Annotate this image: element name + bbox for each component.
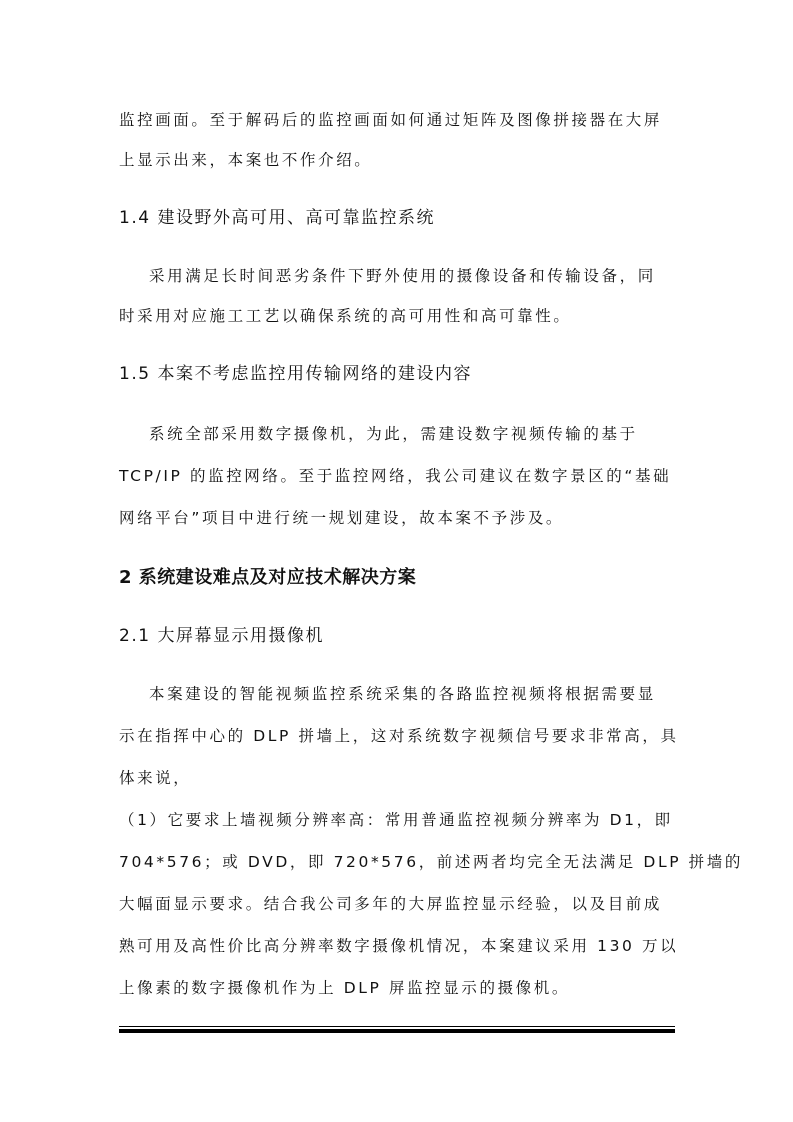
section-heading-1-4: 1.4 建设野外高可用、高可靠监控系统 <box>119 208 675 228</box>
paragraph-line: 时采用对应施工工艺以确保系统的高可用性和高可靠性。 <box>119 306 675 326</box>
footer-rule-thick <box>119 1029 675 1033</box>
section-heading-2-1: 2.1 大屏幕显示用摄像机 <box>119 626 675 646</box>
chapter-heading-2: 2 系统建设难点及对应技术解决方案 <box>119 568 675 588</box>
paragraph-line: 熟可用及高性价比高分辨率数字摄像机情况，本案建议采用 130 万以 <box>119 936 675 956</box>
paragraph-line: 系统全部采用数字摄像机，为此，需建设数字视频传输的基于 <box>119 424 705 444</box>
paragraph-line: 示在指挥中心的 DLP 拼墙上，这对系统数字视频信号要求非常高，具 <box>119 726 675 746</box>
paragraph-line: 本案建设的智能视频监控系统采集的各路监控视频将根据需要显 <box>119 684 705 704</box>
paragraph-line: 监控画面。至于解码后的监控画面如何通过矩阵及图像拼接器在大屏 <box>119 110 675 130</box>
paragraph-line: 上显示出来，本案也不作介绍。 <box>119 150 675 170</box>
footer-rule-thin <box>119 1026 675 1027</box>
paragraph-line: 网络平台”项目中进行统一规划建设，故本案不予涉及。 <box>119 508 675 528</box>
paragraph-line: 上像素的数字摄像机作为上 DLP 屏监控显示的摄像机。 <box>119 978 675 998</box>
paragraph-line: TCP/IP 的监控网络。至于监控网络，我公司建议在数字景区的“基础 <box>119 466 675 486</box>
section-heading-1-5: 1.5 本案不考虑监控用传输网络的建设内容 <box>119 364 675 384</box>
paragraph-line: 体来说， <box>119 768 675 788</box>
list-item-line: （1）它要求上墙视频分辨率高：常用普通监控视频分辨率为 D1，即 <box>119 810 675 830</box>
paragraph-line: 704*576；或 DVD，即 720*576，前述两者均完全无法满足 DLP … <box>119 852 675 872</box>
paragraph-line: 大幅面显示要求。结合我公司多年的大屏监控显示经验，以及目前成 <box>119 894 675 914</box>
paragraph-line: 采用满足长时间恶劣条件下野外使用的摄像设备和传输设备，同 <box>119 266 705 286</box>
